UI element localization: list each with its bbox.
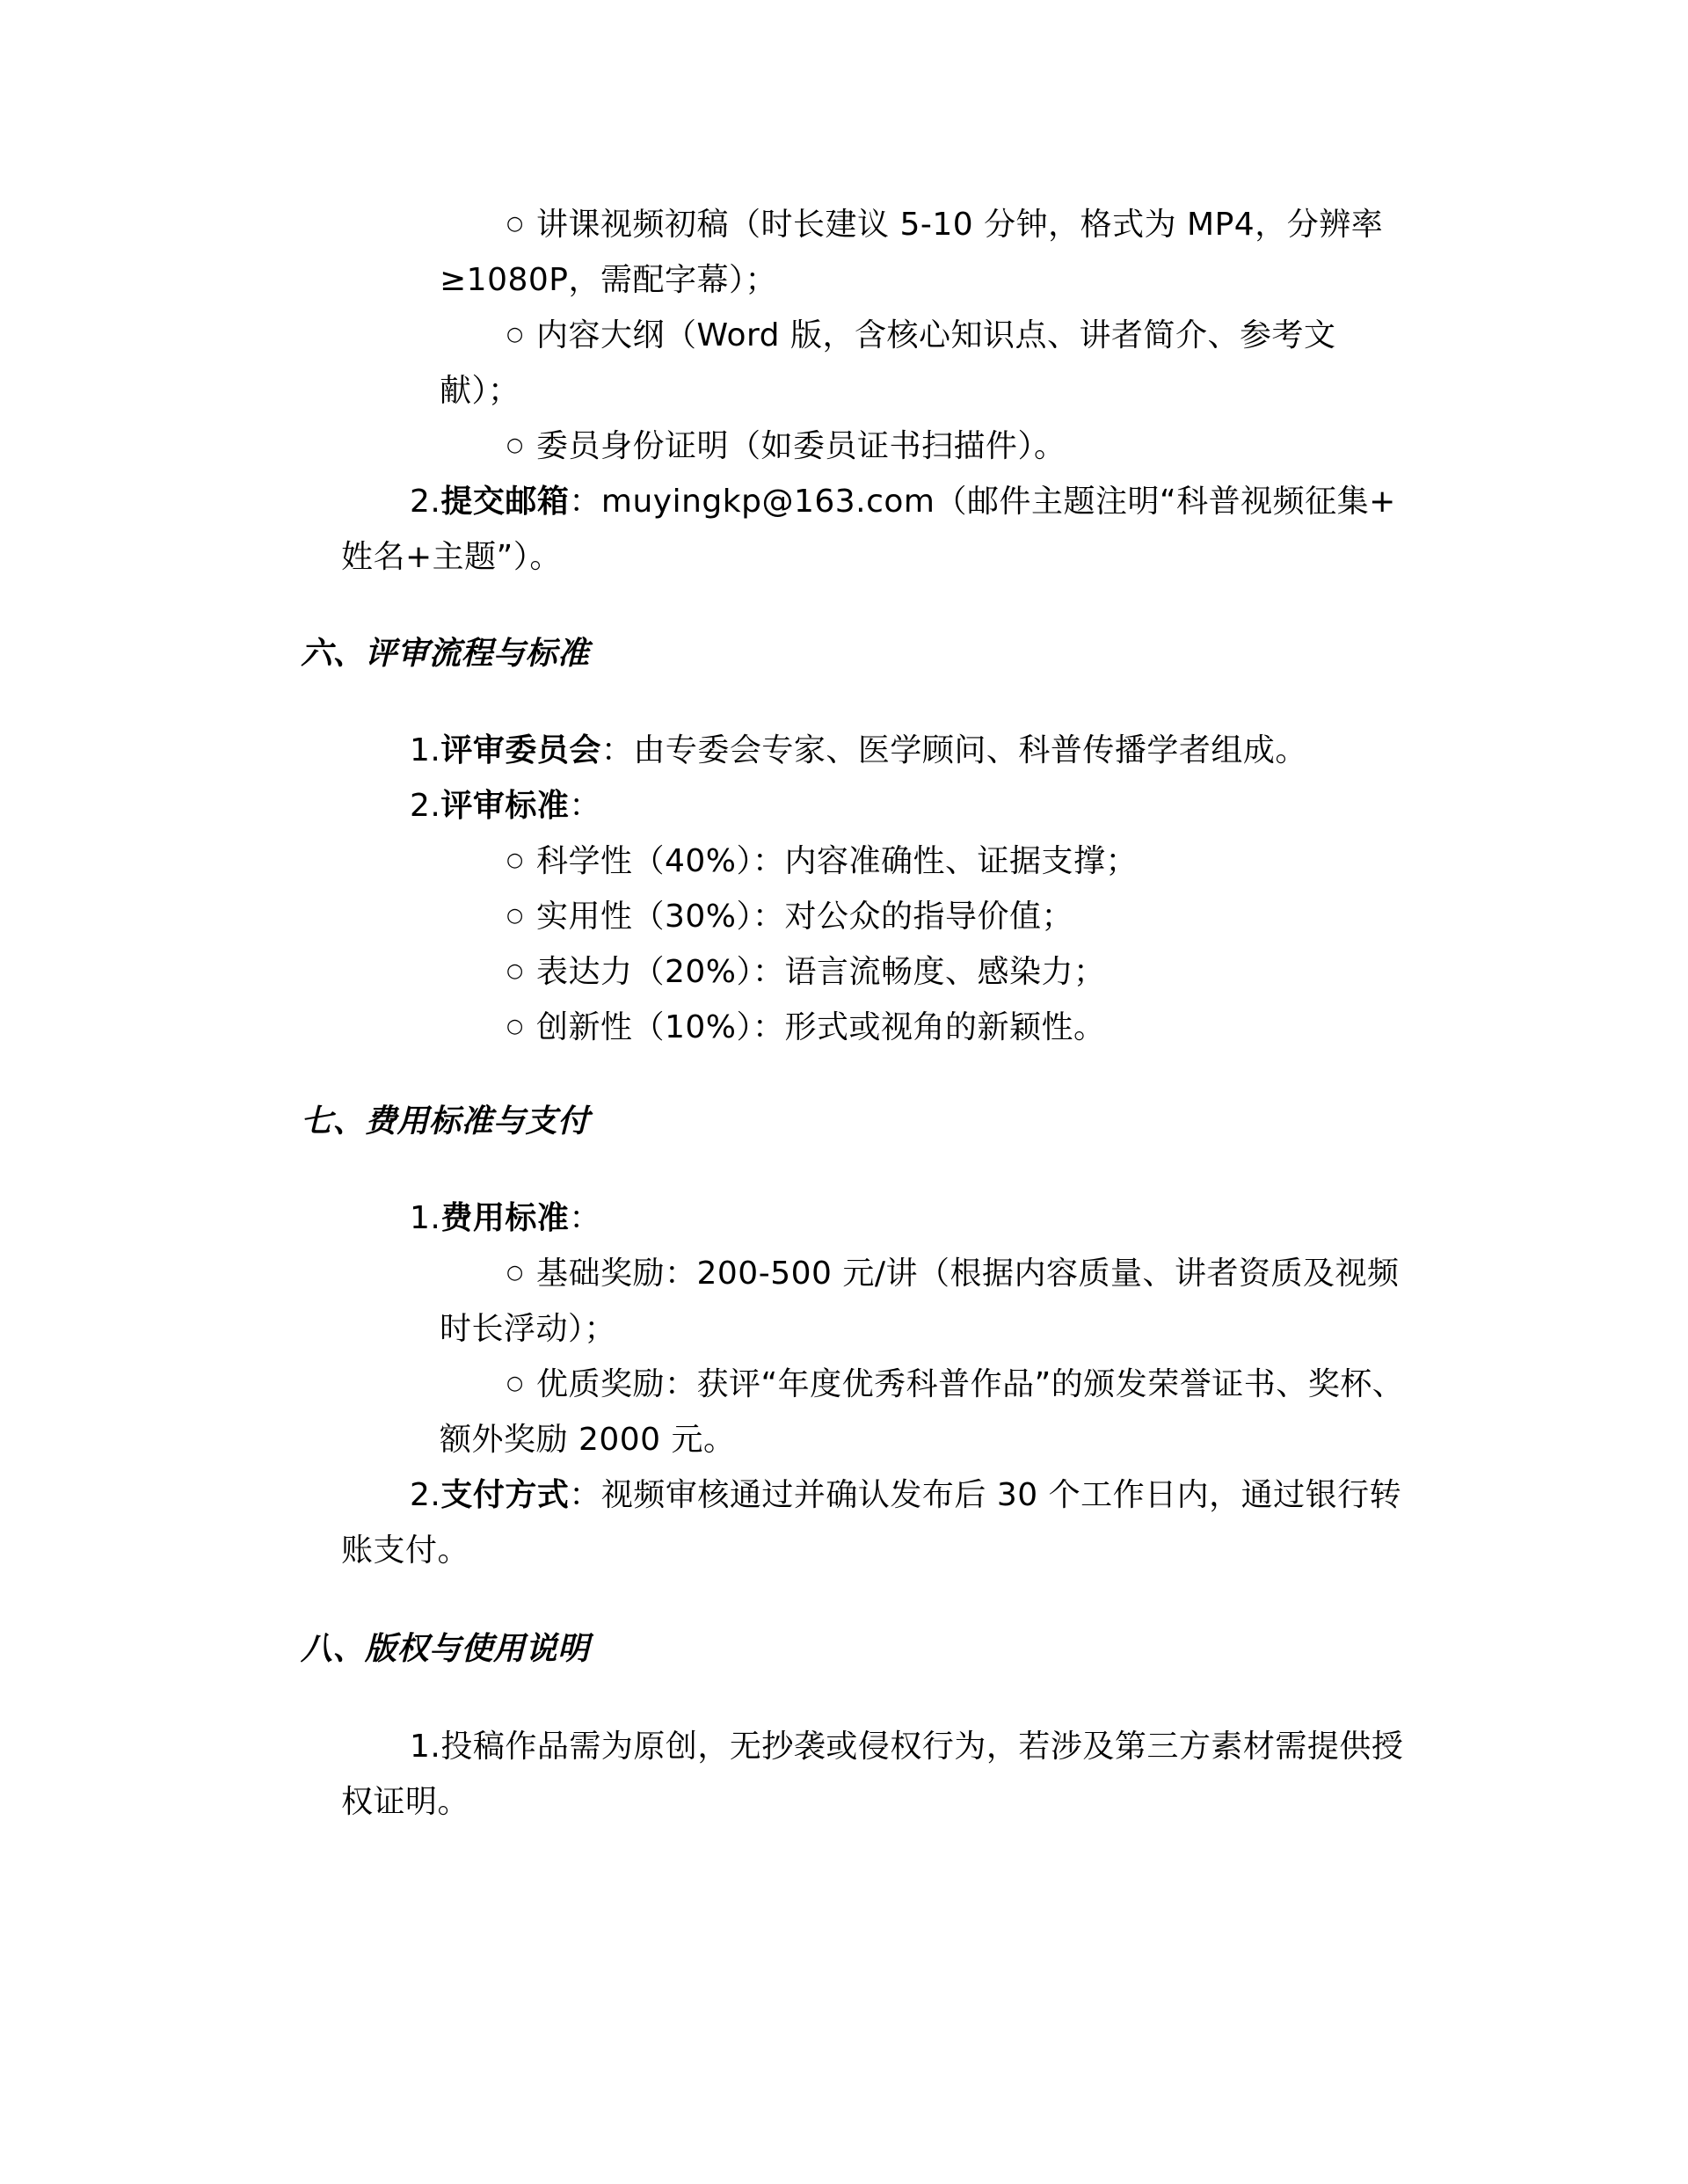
circle-bullet-icon: ○ xyxy=(506,840,536,882)
criterion-text: 创新性（10%）：形式或视角的新颖性。 xyxy=(536,1009,1106,1045)
sub-item-base-reward: ○基础奖励：200-500 元/讲（根据内容质量、讲者资质及视频 xyxy=(506,1253,1400,1296)
section-heading-copyright: 八、版权与使用说明 xyxy=(301,1628,590,1671)
list-item-fee-standard: 1.费用标准： xyxy=(410,1198,601,1240)
sub-item-wrap: 额外奖励 2000 元。 xyxy=(440,1419,736,1461)
sub-item-text: 讲课视频初稿（时长建议 5-10 分钟，格式为 MP4，分辨率 xyxy=(536,207,1383,243)
colon: ： xyxy=(601,732,634,768)
list-item-review-committee: 1.评审委员会：由专委会专家、医学顾问、科普传播学者组成。 xyxy=(410,730,1307,772)
criterion-item: ○科学性（40%）：内容准确性、证据支撑； xyxy=(506,841,1138,884)
sub-item-wrap: 时长浮动）； xyxy=(440,1308,616,1350)
item-text: 权证明。 xyxy=(341,1784,469,1820)
sub-item-outline: ○内容大纲（Word 版，含核心知识点、讲者简介、参考文 xyxy=(506,315,1335,358)
sub-item-text: 额外奖励 2000 元。 xyxy=(440,1422,736,1458)
item-text: muyingkp@163.com（邮件主题注明“科普视频征集+ xyxy=(601,484,1396,520)
sub-item-quality-reward: ○优质奖励：获评“年度优秀科普作品”的颁发荣誉证书、奖杯、 xyxy=(506,1364,1404,1407)
sub-item-text: 基础奖励：200-500 元/讲（根据内容质量、讲者资质及视频 xyxy=(536,1256,1400,1292)
criterion-text: 表达力（20%）：语言流畅度、感染力； xyxy=(536,954,1106,990)
criterion-text: 科学性（40%）：内容准确性、证据支撑； xyxy=(536,843,1138,879)
list-number: 1. xyxy=(410,1729,440,1765)
item-text: 由专委会专家、医学顾问、科普传播学者组成。 xyxy=(633,732,1307,768)
item-label: 费用标准 xyxy=(440,1200,569,1236)
list-item-wrap: 权证明。 xyxy=(341,1781,469,1824)
circle-bullet-icon: ○ xyxy=(506,203,536,245)
colon: ： xyxy=(569,1200,601,1236)
criterion-text: 实用性（30%）：对公众的指导价值； xyxy=(536,899,1073,935)
list-number: 1. xyxy=(410,732,440,768)
list-number: 2. xyxy=(410,484,440,520)
list-item-wrap: 姓名+主题”）。 xyxy=(341,536,562,579)
circle-bullet-icon: ○ xyxy=(506,895,536,937)
circle-bullet-icon: ○ xyxy=(506,950,536,993)
section-heading-review: 六、评审流程与标准 xyxy=(301,633,590,675)
list-number: 1. xyxy=(410,1200,440,1236)
circle-bullet-icon: ○ xyxy=(506,314,536,356)
item-label: 提交邮箱 xyxy=(440,484,569,520)
colon: ： xyxy=(569,788,601,824)
circle-bullet-icon: ○ xyxy=(506,1006,536,1048)
colon: ： xyxy=(569,484,601,520)
sub-item-wrap: 献）； xyxy=(440,370,520,412)
criterion-item: ○创新性（10%）：形式或视角的新颖性。 xyxy=(506,1007,1106,1050)
item-text: 视频审核通过并确认发布后 30 个工作日内，通过银行转 xyxy=(601,1477,1401,1513)
list-item-review-criteria: 2.评审标准： xyxy=(410,785,601,827)
criterion-item: ○表达力（20%）：语言流畅度、感染力； xyxy=(506,951,1106,994)
circle-bullet-icon: ○ xyxy=(506,425,536,467)
sub-item-text: 优质奖励：获评“年度优秀科普作品”的颁发荣誉证书、奖杯、 xyxy=(536,1366,1404,1402)
sub-item-wrap: ≥1080P，需配字幕）； xyxy=(440,259,777,302)
sub-item-text: 委员身份证明（如委员证书扫描件）。 xyxy=(536,428,1066,464)
item-text: 姓名+主题”）。 xyxy=(341,539,562,575)
item-label: 评审委员会 xyxy=(440,732,601,768)
list-number: 2. xyxy=(410,788,440,824)
sub-item-text: 献）； xyxy=(440,373,520,409)
sub-item-text: 时长浮动）； xyxy=(440,1311,616,1347)
circle-bullet-icon: ○ xyxy=(506,1252,536,1294)
item-label: 评审标准 xyxy=(440,788,569,824)
colon: ： xyxy=(569,1477,601,1513)
section-heading-fees: 七、费用标准与支付 xyxy=(301,1101,590,1143)
item-label: 支付方式 xyxy=(440,1477,569,1513)
criterion-item: ○实用性（30%）：对公众的指导价值； xyxy=(506,896,1073,939)
list-item-payment-method: 2.支付方式：视频审核通过并确认发布后 30 个工作日内，通过银行转 xyxy=(410,1474,1401,1517)
item-text: 账支付。 xyxy=(341,1532,469,1569)
list-item-wrap: 账支付。 xyxy=(341,1530,469,1572)
circle-bullet-icon: ○ xyxy=(506,1363,536,1405)
sub-item-text: ≥1080P，需配字幕）； xyxy=(440,262,777,298)
item-text: 投稿作品需为原创，无抄袭或侵权行为，若涉及第三方素材需提供授 xyxy=(440,1729,1403,1765)
sub-item-identity: ○委员身份证明（如委员证书扫描件）。 xyxy=(506,426,1066,469)
list-number: 2. xyxy=(410,1477,440,1513)
sub-item-text: 内容大纲（Word 版，含核心知识点、讲者简介、参考文 xyxy=(536,317,1335,353)
list-item-originality: 1.投稿作品需为原创，无抄袭或侵权行为，若涉及第三方素材需提供授 xyxy=(410,1726,1403,1768)
list-item-submit-email: 2.提交邮箱：muyingkp@163.com（邮件主题注明“科普视频征集+ xyxy=(410,481,1396,523)
sub-item-video-draft: ○讲课视频初稿（时长建议 5-10 分钟，格式为 MP4，分辨率 xyxy=(506,204,1383,247)
